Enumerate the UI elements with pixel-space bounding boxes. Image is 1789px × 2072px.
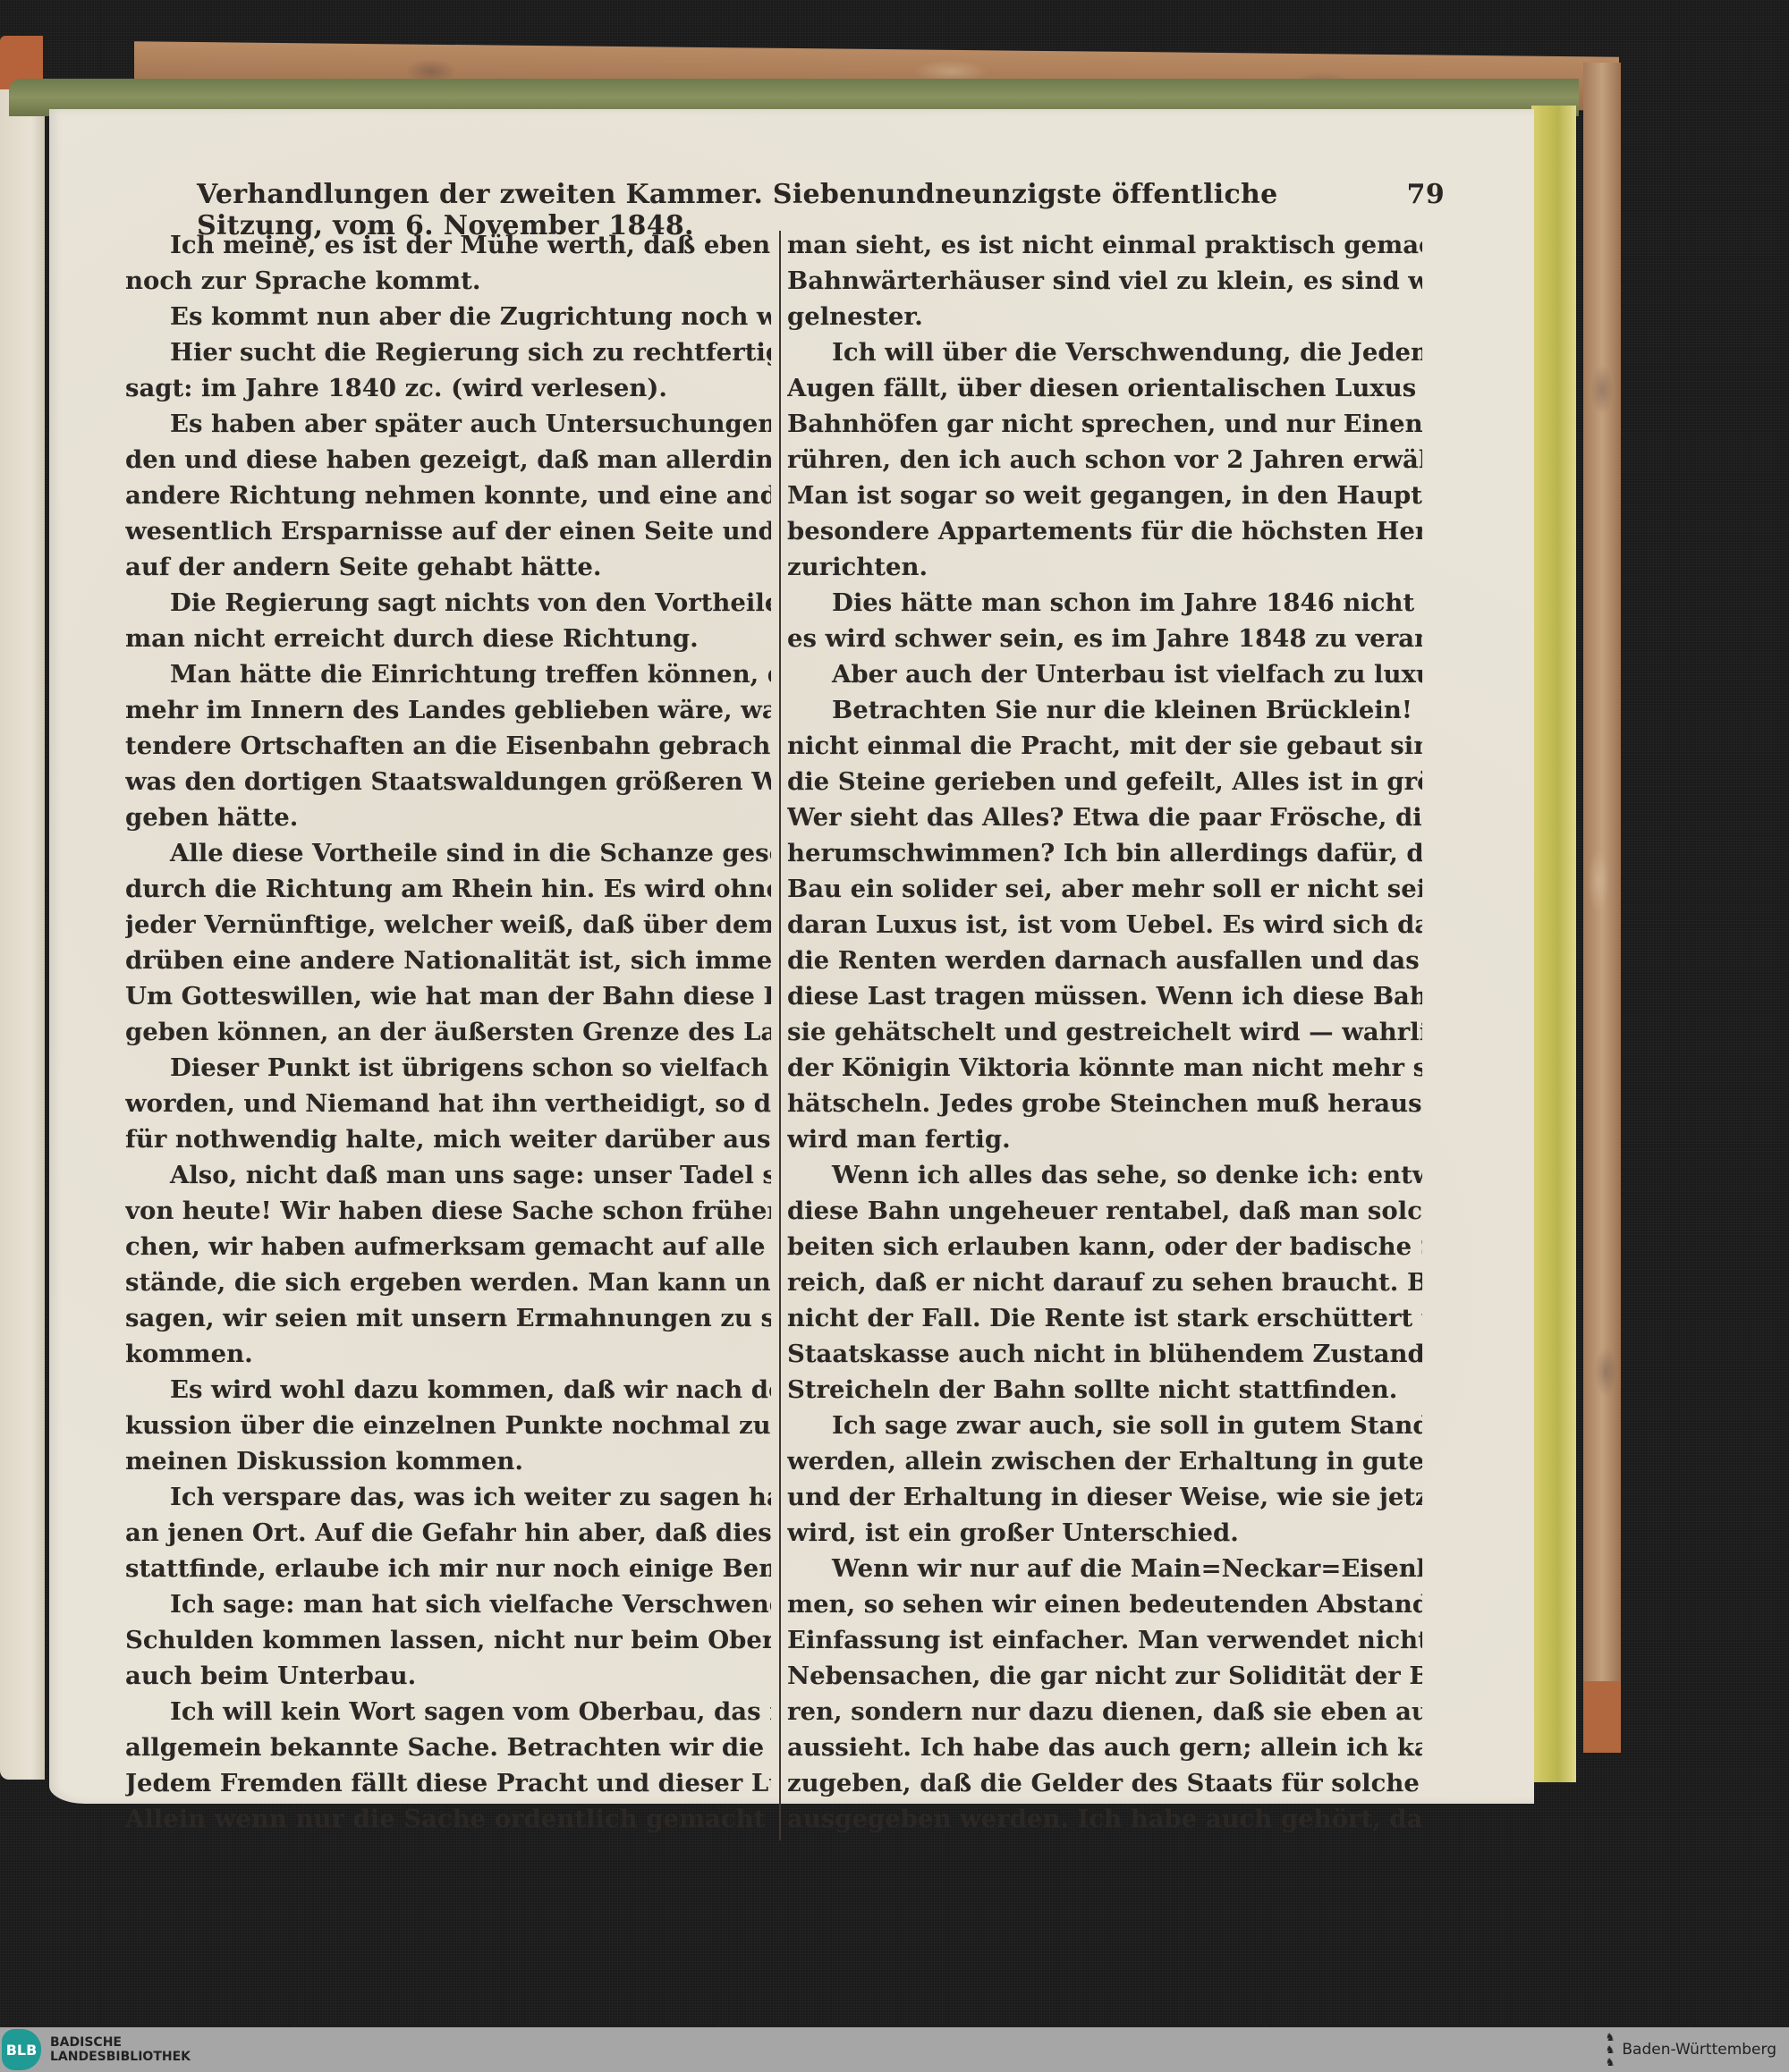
text-line: Wenn ich alles das sehe, so denke ich: e… xyxy=(787,1157,1422,1193)
text-line: zugeben, daß die Gelder des Staats für s… xyxy=(787,1765,1422,1801)
text-line: Wer sieht das Alles? Etwa die paar Frösc… xyxy=(787,799,1422,835)
text-line: Staatskasse auch nicht in blühendem Zust… xyxy=(787,1336,1422,1372)
text-line: ren, sondern nur dazu dienen, daß sie eb… xyxy=(787,1694,1422,1729)
text-line: Schulden kommen lassen, nicht nur beim O… xyxy=(125,1622,771,1658)
text-line: wird man fertig. xyxy=(787,1121,1422,1157)
text-line: sagen, wir seien mit unsern Ermahnungen … xyxy=(125,1300,771,1336)
text-line: Einfassung ist einfacher. Man verwendet … xyxy=(787,1622,1422,1658)
text-line: gelnester. xyxy=(787,299,1422,334)
page-number: 79 xyxy=(1407,179,1445,210)
text-line: Also, nicht daß man uns sage: unser Tade… xyxy=(125,1157,771,1193)
text-line: was den dortigen Staatswaldungen größere… xyxy=(125,764,771,799)
text-line: jeder Vernünftige, welcher weiß, daß übe… xyxy=(125,907,771,943)
text-line: Bahnhöfen gar nicht sprechen, und nur Ei… xyxy=(787,406,1422,442)
text-line: Streicheln der Bahn sollte nicht stattfi… xyxy=(787,1372,1422,1408)
book-cover-marbled-edge xyxy=(1583,63,1621,1699)
text-line: Es haben aber später auch Untersuchungen… xyxy=(125,406,771,442)
blb-logo[interactable]: BLB BADISCHE LANDESBIBLIOTHEK xyxy=(0,2027,191,2072)
blb-wordmark-line2: LANDESBIBLIOTHEK xyxy=(50,2050,191,2064)
blb-wordmark: BADISCHE LANDESBIBLIOTHEK xyxy=(50,2035,191,2064)
text-line: Ich sage zwar auch, sie soll in gutem St… xyxy=(787,1408,1422,1443)
text-line: und der Erhaltung in dieser Weise, wie s… xyxy=(787,1479,1422,1515)
text-line: kussion über die einzelnen Punkte nochma… xyxy=(125,1408,771,1443)
text-line: Augen fällt, über diesen orientalischen … xyxy=(787,370,1422,406)
text-line: man nicht erreicht durch diese Richtung. xyxy=(125,621,771,656)
three-lions-coat-of-arms-icon: ♞♞♞ xyxy=(1606,2031,1615,2068)
text-line: Nebensachen, die gar nicht zur Solidität… xyxy=(787,1658,1422,1694)
text-line: hätscheln. Jedes grobe Steinchen muß her… xyxy=(787,1086,1422,1121)
text-line: tendere Ortschaften an die Eisenbahn geb… xyxy=(125,728,771,764)
text-line: Betrachten Sie nur die kleinen Brücklein… xyxy=(787,692,1422,728)
text-line: sie gehätschelt und gestreichelt wird — … xyxy=(787,1014,1422,1050)
text-line: diese Bahn ungeheuer rentabel, daß man s… xyxy=(787,1193,1422,1229)
text-line: mehr im Innern des Landes geblieben wäre… xyxy=(125,692,771,728)
text-line: für nothwendig halte, mich weiter darübe… xyxy=(125,1121,771,1157)
text-line: an jenen Ort. Auf die Gefahr hin aber, d… xyxy=(125,1515,771,1551)
text-line: Bau ein solider sei, aber mehr soll er n… xyxy=(787,871,1422,907)
text-line: wird, ist ein großer Unterschied. xyxy=(787,1515,1422,1551)
baden-wuerttemberg-wordmark: Baden-Württemberg xyxy=(1622,2041,1776,2059)
baden-wuerttemberg-logo[interactable]: ♞♞♞ Baden-Württemberg xyxy=(1606,2031,1776,2068)
text-line: allgemein bekannte Sache. Betrachten wir… xyxy=(125,1729,771,1765)
facing-page-edge xyxy=(0,89,45,1780)
text-line: geben können, an der äußersten Grenze de… xyxy=(125,1014,771,1050)
text-line: men, so sehen wir einen bedeutenden Abst… xyxy=(787,1586,1422,1622)
text-line: stände, die sich ergeben werden. Man kan… xyxy=(125,1264,771,1300)
text-line: wesentlich Ersparnisse auf der einen Sei… xyxy=(125,513,771,549)
text-line: auf der andern Seite gehabt hätte. xyxy=(125,549,771,585)
text-line: geben hätte. xyxy=(125,799,771,835)
text-line: der Königin Viktoria könnte man nicht me… xyxy=(787,1050,1422,1086)
text-line: daran Luxus ist, ist vom Uebel. Es wird … xyxy=(787,907,1422,943)
text-column-right: man sieht, es ist nicht einmal praktisch… xyxy=(787,227,1422,1837)
text-line: nicht der Fall. Die Rente ist stark ersc… xyxy=(787,1300,1422,1336)
text-line: Ich will über die Verschwendung, die Jed… xyxy=(787,334,1422,370)
text-line: meinen Diskussion kommen. xyxy=(125,1443,771,1479)
text-line: ausgegeben werden. Ich habe auch gehört,… xyxy=(787,1801,1422,1837)
text-line: werden, allein zwischen der Erhaltung in… xyxy=(787,1443,1422,1479)
text-column-left: Ich meine, es ist der Mühe werth, daß eb… xyxy=(125,227,771,1837)
text-line: kommen. xyxy=(125,1336,771,1372)
text-line: Dies hätte man schon im Jahre 1846 nicht… xyxy=(787,585,1422,621)
text-line: Bahnwärterhäuser sind viel zu klein, es … xyxy=(787,263,1422,299)
text-line: es wird schwer sein, es im Jahre 1848 zu… xyxy=(787,621,1422,656)
text-line: noch zur Sprache kommt. xyxy=(125,263,771,299)
text-line: nicht einmal die Pracht, mit der sie geb… xyxy=(787,728,1422,764)
text-line: herumschwimmen? Ich bin allerdings dafür… xyxy=(787,835,1422,871)
text-line: beiten sich erlauben kann, oder der badi… xyxy=(787,1229,1422,1264)
text-line: die Steine gerieben und gefeilt, Alles i… xyxy=(787,764,1422,799)
text-line: Ich meine, es ist der Mühe werth, daß eb… xyxy=(125,227,771,263)
text-line: den und diese haben gezeigt, daß man all… xyxy=(125,442,771,478)
text-line: die Renten werden darnach ausfallen und … xyxy=(787,943,1422,978)
text-line: Allein wenn nur die Sache ordentlich gem… xyxy=(125,1801,771,1837)
page-block-fore-edge xyxy=(1531,106,1576,1782)
text-line: Hier sucht die Regierung sich zu rechtfe… xyxy=(125,334,771,370)
text-line: Ich will kein Wort sagen vom Oberbau, da… xyxy=(125,1694,771,1729)
text-line: man sieht, es ist nicht einmal praktisch… xyxy=(787,227,1422,263)
text-line: besondere Appartements für die höchsten … xyxy=(787,513,1422,549)
text-line: Dieser Punkt ist übrigens schon so vielf… xyxy=(125,1050,771,1086)
text-line: Wenn wir nur auf die Main=Neckar=Eisenba… xyxy=(787,1551,1422,1586)
text-line: rühren, den ich auch schon vor 2 Jahren … xyxy=(787,442,1422,478)
text-line: reich, daß er nicht darauf zu sehen brau… xyxy=(787,1264,1422,1300)
text-line: drüben eine andere Nationalität ist, sic… xyxy=(125,943,771,978)
text-line: zurichten. xyxy=(787,549,1422,585)
text-line: Man ist sogar so weit gegangen, in den H… xyxy=(787,478,1422,513)
text-line: Alle diese Vortheile sind in die Schanze… xyxy=(125,835,771,871)
text-line: aussieht. Ich habe das auch gern; allein… xyxy=(787,1729,1422,1765)
text-line: auch beim Unterbau. xyxy=(125,1658,771,1694)
text-line: worden, und Niemand hat ihn vertheidigt,… xyxy=(125,1086,771,1121)
book-cover-leather-corner xyxy=(1583,1681,1621,1753)
text-line: sagt: im Jahre 1840 zc. (wird verlesen). xyxy=(125,370,771,406)
text-line: Es wird wohl dazu kommen, daß wir nach d… xyxy=(125,1372,771,1408)
text-line: Ich verspare das, was ich weiter zu sage… xyxy=(125,1479,771,1515)
column-divider-rule xyxy=(779,231,781,1840)
text-line: Die Regierung sagt nichts von den Vorthe… xyxy=(125,585,771,621)
text-line: Aber auch der Unterbau ist vielfach zu l… xyxy=(787,656,1422,692)
text-line: durch die Richtung am Rhein hin. Es wird… xyxy=(125,871,771,907)
text-line: chen, wir haben aufmerksam gemacht auf a… xyxy=(125,1229,771,1264)
text-line: stattfinde, erlaube ich mir nur noch ein… xyxy=(125,1551,771,1586)
text-line: von heute! Wir haben diese Sache schon f… xyxy=(125,1193,771,1229)
text-line: Ich sage: man hat sich vielfache Verschw… xyxy=(125,1586,771,1622)
text-line: Um Gotteswillen, wie hat man der Bahn di… xyxy=(125,978,771,1014)
text-line: Man hätte die Einrichtung treffen können… xyxy=(125,656,771,692)
blb-wordmark-line1: BADISCHE xyxy=(50,2035,191,2050)
library-footer-bar: BLB BADISCHE LANDESBIBLIOTHEK ♞♞♞ Baden-… xyxy=(0,2027,1789,2072)
blb-badge-icon: BLB xyxy=(2,2029,41,2070)
text-line: Es kommt nun aber die Zugrichtung noch w… xyxy=(125,299,771,334)
text-line: diese Last tragen müssen. Wenn ich diese… xyxy=(787,978,1422,1014)
text-line: Jedem Fremden fällt diese Pracht und die… xyxy=(125,1765,771,1801)
text-line: andere Richtung nehmen konnte, und eine … xyxy=(125,478,771,513)
